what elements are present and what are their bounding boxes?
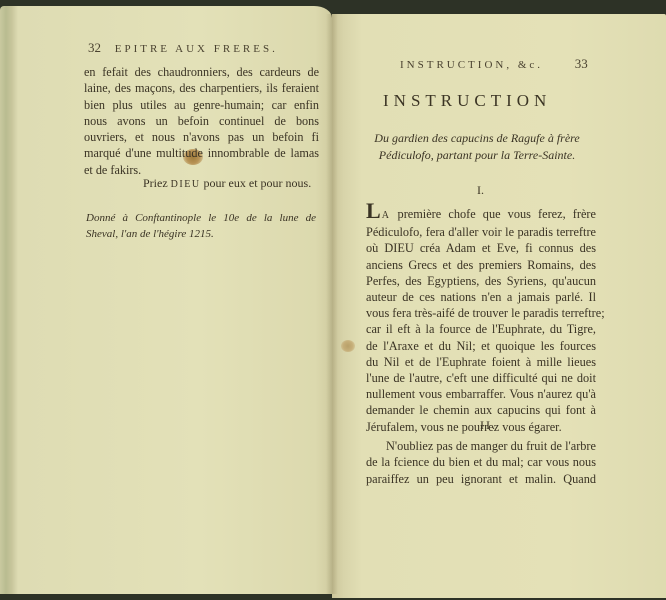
text-line: anciens Grecs et des premiers Romains, d…: [366, 257, 596, 273]
left-page-number: 32: [88, 40, 101, 55]
prayer-before: Priez: [143, 176, 168, 190]
open-book: 32 EPITRE AUX FRERES. en fefait des chau…: [0, 0, 666, 600]
subtitle-line: Du gardien des capucins de Ragufe à frèr…: [362, 130, 592, 147]
line-text: première chofe que vous ferez, frère: [390, 207, 596, 221]
signature-block: Donné à Conftantinople le 10e de la lune…: [86, 210, 316, 242]
text-line: où DIEU créa Adam et Eve, fi connus des: [366, 240, 596, 256]
paper-stain: [341, 340, 355, 352]
right-page-number: 33: [575, 56, 588, 71]
book-gutter: [326, 14, 338, 594]
text-line: de la fcience du bien et du mal; car vou…: [366, 454, 596, 470]
text-line: car il eft à la fource de l'Euphrate, du…: [366, 321, 596, 337]
signature-line: Donné à Conftantinople le 10e de la lune…: [86, 210, 316, 226]
subtitle-line: Pédiculofo, partant pour la Terre-Sainte…: [362, 147, 592, 164]
section-number: II.: [480, 418, 497, 433]
left-body-text: en fefait des chaudronniers, des cardeur…: [84, 64, 319, 178]
prayer-after: pour eux et pour nous.: [204, 176, 312, 190]
text-line: du Nil et de l'Euphrate foient à mille l…: [366, 354, 596, 370]
drop-cap: L: [366, 198, 381, 223]
left-running-title: EPITRE AUX FRERES.: [115, 43, 278, 55]
text-line: LA première chofe que vous ferez, frère: [366, 204, 596, 224]
text-line: Pédiculofo, fera d'aller voir le paradis…: [366, 224, 596, 240]
text-line: de l'Araxe et du Nil; et quoique les fou…: [366, 338, 596, 354]
text-line: l'une de l'autre, c'eft une difficulté q…: [366, 370, 596, 386]
prayer-line: Priez DIEU pour eux et pour nous.: [143, 176, 311, 191]
right-running-head: INSTRUCTION, &c. 33: [400, 56, 588, 72]
text-line: ouvriers, et nous n'avons pas un befoin …: [84, 129, 319, 145]
text-line: laine, des maçons, des charpentiers, ils…: [84, 80, 319, 96]
section-2-text: N'oubliez pas de manger du fruit de l'ar…: [366, 438, 596, 487]
text-line: Perfes, des Egyptiens, des Syriens, qu'a…: [366, 273, 596, 289]
signature-line: Sheval, l'an de l'hégire 1215.: [86, 226, 316, 242]
text-line: auteur de ces nations n'en a jamais parl…: [366, 289, 596, 305]
text-line: nullement vous embarraffer. Vous n'aurez…: [366, 386, 596, 402]
chapter-title: INSTRUCTION: [383, 91, 551, 111]
chapter-subtitle: Du gardien des capucins de Ragufe à frèr…: [362, 130, 592, 164]
left-running-head: 32 EPITRE AUX FRERES.: [88, 40, 278, 56]
text-line: nous avons un befoin continuel de bons: [84, 113, 319, 129]
text-line: marqué d'une multitude innombrable de la…: [84, 145, 319, 161]
section-1-text: LA première chofe que vous ferez, frère …: [366, 204, 596, 435]
section-number: I.: [477, 183, 484, 198]
text-line: demander le chemin aux capucins qui font…: [366, 402, 596, 418]
text-line: N'oubliez pas de manger du fruit de l'ar…: [366, 438, 596, 454]
prayer-name: DIEU: [171, 179, 201, 190]
text-line: paraiffez un peu ignorant et malin. Quan…: [366, 471, 596, 487]
right-running-title: INSTRUCTION, &c.: [400, 59, 543, 71]
text-line: bien plus utiles au genre-humain; car en…: [84, 97, 319, 113]
text-line: vous fera très-aifé de trouver le paradi…: [366, 305, 596, 321]
text-line: en fefait des chaudronniers, des cardeur…: [84, 64, 319, 80]
